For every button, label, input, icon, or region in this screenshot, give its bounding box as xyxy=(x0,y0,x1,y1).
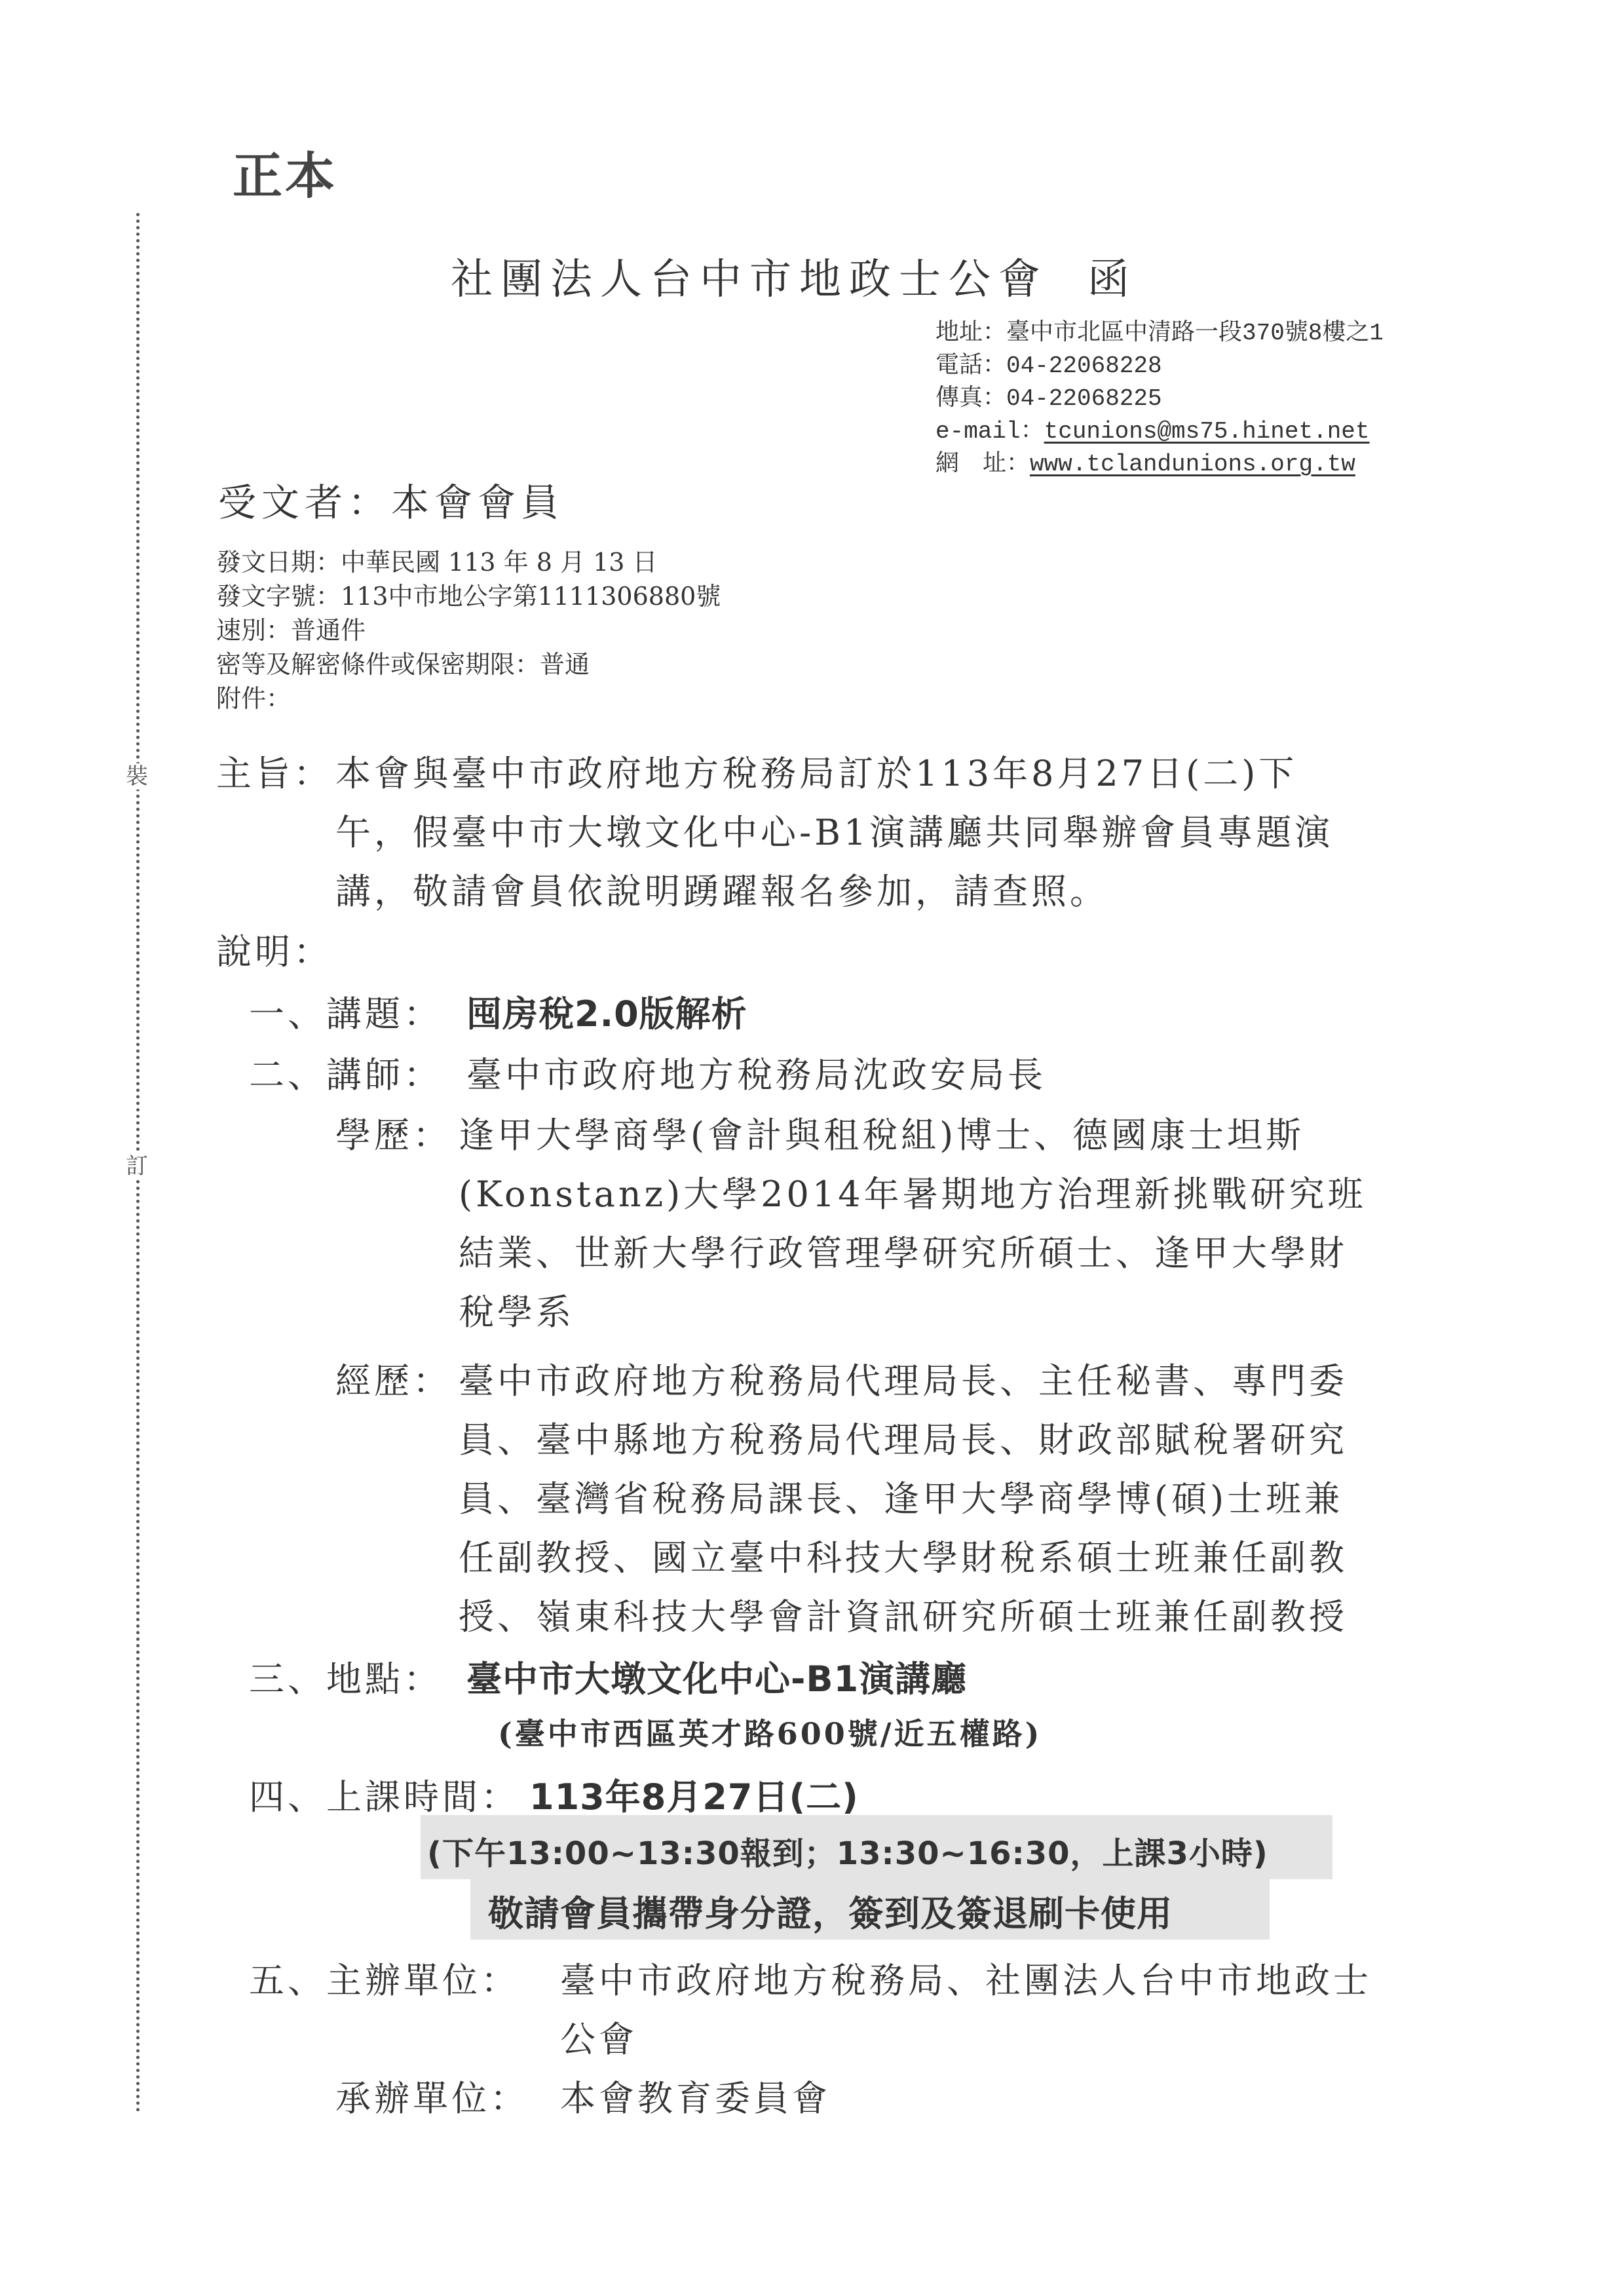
organizer-line: 臺中市政府地方稅務局、社團法人台中市地政士 xyxy=(560,1953,1372,2003)
contact-website-row: 網 址：www.tclandunions.org.tw xyxy=(935,448,1384,481)
contact-phone: 電話：04-22068228 xyxy=(935,350,1384,383)
venue-address: (臺中市西區英才路600號/近五權路) xyxy=(498,1710,1042,1753)
co-organizer-label: 承辦單位： xyxy=(335,2071,529,2121)
email-link[interactable]: tcunions@ms75.hinet.net xyxy=(1044,418,1370,445)
binding-char-ding: 訂 xyxy=(126,1153,148,1179)
experience-line: 臺中市政府地方稅務局代理局長、主任秘書、專門委 xyxy=(459,1353,1348,1404)
co-organizer-value: 本會教育委員會 xyxy=(560,2071,831,2121)
recipient: 受文者：本會會員 xyxy=(218,472,564,527)
issue-date: 發文日期：中華民國 113 年 8 月 13 日 xyxy=(216,545,721,579)
email-label: e-mail： xyxy=(935,418,1044,445)
education-line: 稅學系 xyxy=(459,1284,575,1335)
subject-line: 講，敬請會員依說明踴躍報名參加，請查照。 xyxy=(335,864,1108,914)
explanation-label: 說明： xyxy=(216,924,332,974)
website-label: 網 址： xyxy=(935,451,1030,478)
time-label: 四、上課時間： xyxy=(249,1769,519,1820)
contact-block: 地址：臺中市北區中清路一段370號8樓之1 電話：04-22068228 傳真：… xyxy=(935,317,1384,481)
schedule-text: (下午13:00~13:30報到；13:30~16:30，上課3小時) xyxy=(427,1828,1268,1873)
experience-line: 員、臺中縣地方稅務局代理局長、財政部賦稅署研究 xyxy=(459,1412,1348,1463)
venue-value: 臺中市大墩文化中心-B1演講廳 xyxy=(466,1651,967,1702)
experience-line: 授、嶺東科技大學會計資訊研究所碩士班兼任副教授 xyxy=(459,1589,1348,1639)
time-value: 113年8月27日(二) xyxy=(529,1769,859,1820)
document-meta: 發文日期：中華民國 113 年 8 月 13 日 發文字號：113中市地公字第1… xyxy=(216,545,721,716)
organizer-label: 五、主辦單位： xyxy=(249,1953,519,2003)
original-copy-stamp: 正本 xyxy=(233,136,337,208)
attachment: 附件： xyxy=(216,681,721,716)
experience-line: 員、臺灣省稅務局課長、逢甲大學商學博(碩)士班兼 xyxy=(459,1471,1343,1521)
speaker-label: 二、講師： xyxy=(249,1047,442,1098)
experience-line: 任副教授、國立臺中科技大學財稅系碩士班兼任副教 xyxy=(459,1530,1348,1580)
education-line: 結業、世新大學行政管理學研究所碩士、逢甲大學財 xyxy=(459,1225,1348,1276)
reference-number: 發文字號：113中市地公字第1111306880號 xyxy=(216,579,721,613)
doc-type: 函 xyxy=(1087,256,1137,304)
topic-label: 一、講題： xyxy=(249,986,442,1037)
contact-email-row: e-mail：tcunions@ms75.hinet.net xyxy=(935,415,1384,448)
contact-address: 地址：臺中市北區中清路一段370號8樓之1 xyxy=(935,317,1384,350)
education-line: 逢甲大學商學(會計與租稅組)博士、德國康士坦斯 xyxy=(459,1107,1304,1158)
subject-label: 主旨： xyxy=(216,746,332,796)
topic-value: 囤房稅2.0版解析 xyxy=(466,986,747,1037)
notice-text: 敬請會員攜帶身分證，簽到及簽退刷卡使用 xyxy=(488,1886,1173,1936)
org-name: 社團法人台中市地政士公會 xyxy=(451,256,1048,304)
experience-label: 經歷： xyxy=(335,1353,451,1404)
subject-line: 本會與臺中市政府地方稅務局訂於113年8月27日(二)下 xyxy=(335,746,1297,796)
classification: 密等及解密條件或保密期限：普通 xyxy=(216,647,721,681)
speaker-value: 臺中市政府地方稅務局沈政安局長 xyxy=(466,1047,1046,1098)
binding-char-zhuang: 裝 xyxy=(126,763,148,790)
contact-fax: 傳真：04-22068225 xyxy=(935,383,1384,415)
website-link[interactable]: www.tclandunions.org.tw xyxy=(1030,451,1355,478)
education-label: 學歷： xyxy=(335,1107,451,1158)
education-line: (Konstanz)大學2014年暑期地方治理新挑戰研究班 xyxy=(459,1166,1367,1217)
venue-label: 三、地點： xyxy=(249,1651,442,1702)
subject-line: 午，假臺中市大墩文化中心-B1演講廳共同舉辦會員專題演 xyxy=(335,805,1333,855)
letterhead-title: 社團法人台中市地政士公會函 xyxy=(451,246,1137,306)
organizer-line: 公會 xyxy=(560,2012,637,2062)
delivery-speed: 速別：普通件 xyxy=(216,613,721,647)
